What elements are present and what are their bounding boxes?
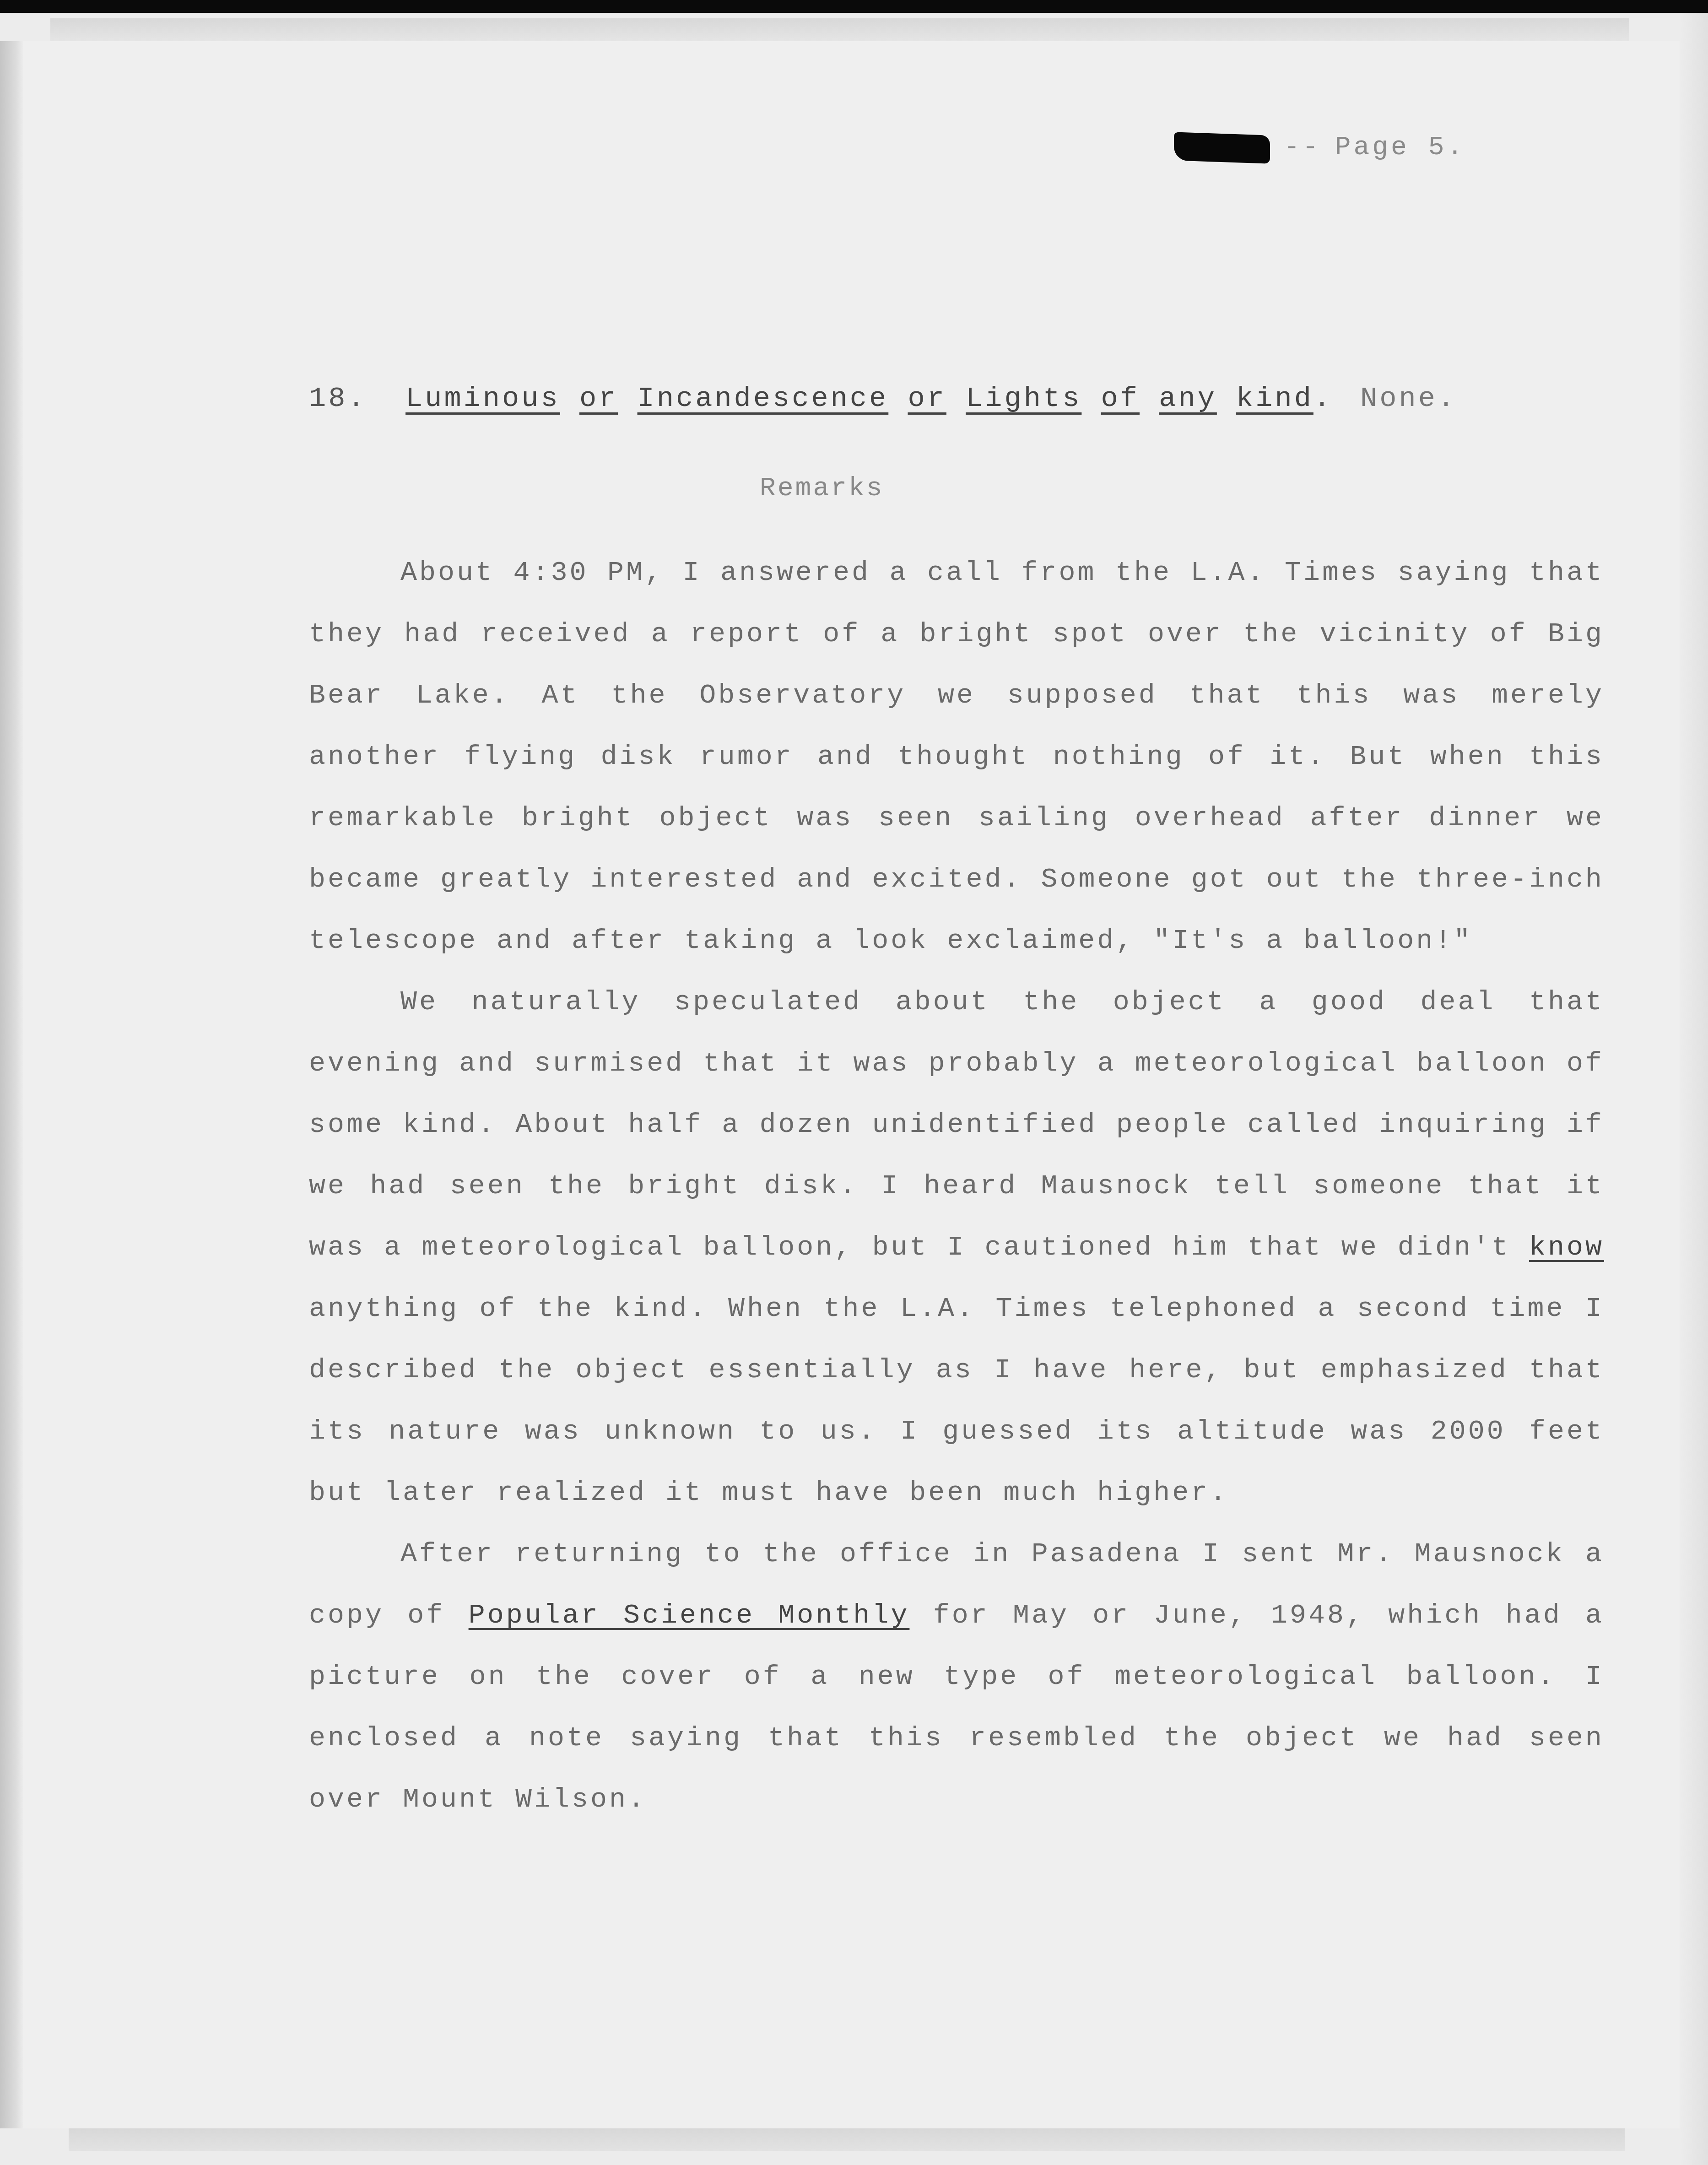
emphasized-word: know: [1529, 1232, 1604, 1263]
item-title-word: any: [1159, 382, 1217, 415]
item-title-word: Luminous: [405, 382, 560, 415]
remarks-paragraph-1: About 4:30 PM, I answered a call from th…: [309, 542, 1604, 972]
page-header: -- Page 5.: [1174, 133, 1465, 162]
paragraph-text: anything of the kind. When the L.A. Time…: [309, 1294, 1604, 1509]
remarks-body: About 4:30 PM, I answered a call from th…: [309, 542, 1604, 1830]
page-number: Page 5.: [1335, 133, 1466, 162]
scan-top-border: [0, 0, 1708, 13]
item-title-word: or: [908, 382, 946, 415]
item-terminator: .: [1313, 382, 1333, 415]
header-separator: --: [1284, 133, 1321, 162]
paragraph-text: About 4:30 PM, I answered a call from th…: [309, 557, 1604, 957]
paragraph-text: for May or June, 1948, which had a pictu…: [309, 1600, 1604, 1815]
redaction-block: [1174, 132, 1270, 163]
scan-left-border: [0, 41, 23, 2128]
paragraph-text: We naturally speculated about the object…: [309, 987, 1604, 1263]
scan-right-border: [1681, 13, 1708, 2165]
item-title-word: or: [579, 382, 618, 415]
remarks-paragraph-2: We naturally speculated about the object…: [309, 972, 1604, 1524]
remarks-paragraph-3: After returning to the office in Pasaden…: [309, 1524, 1604, 1830]
item-title-word: of: [1101, 382, 1140, 415]
item-18-line: 18. Luminous or Incandescence or Lights …: [309, 382, 1457, 415]
item-number: 18.: [309, 382, 367, 415]
item-title-word: Lights: [966, 382, 1081, 415]
scan-top-shadow: [50, 18, 1629, 43]
item-title-word: Incandescence: [638, 382, 889, 415]
item-answer: None.: [1360, 382, 1457, 415]
item-title-word: kind: [1236, 382, 1313, 415]
remarks-heading: Remarks: [760, 474, 884, 503]
publication-title: Popular Science Monthly: [469, 1600, 910, 1631]
